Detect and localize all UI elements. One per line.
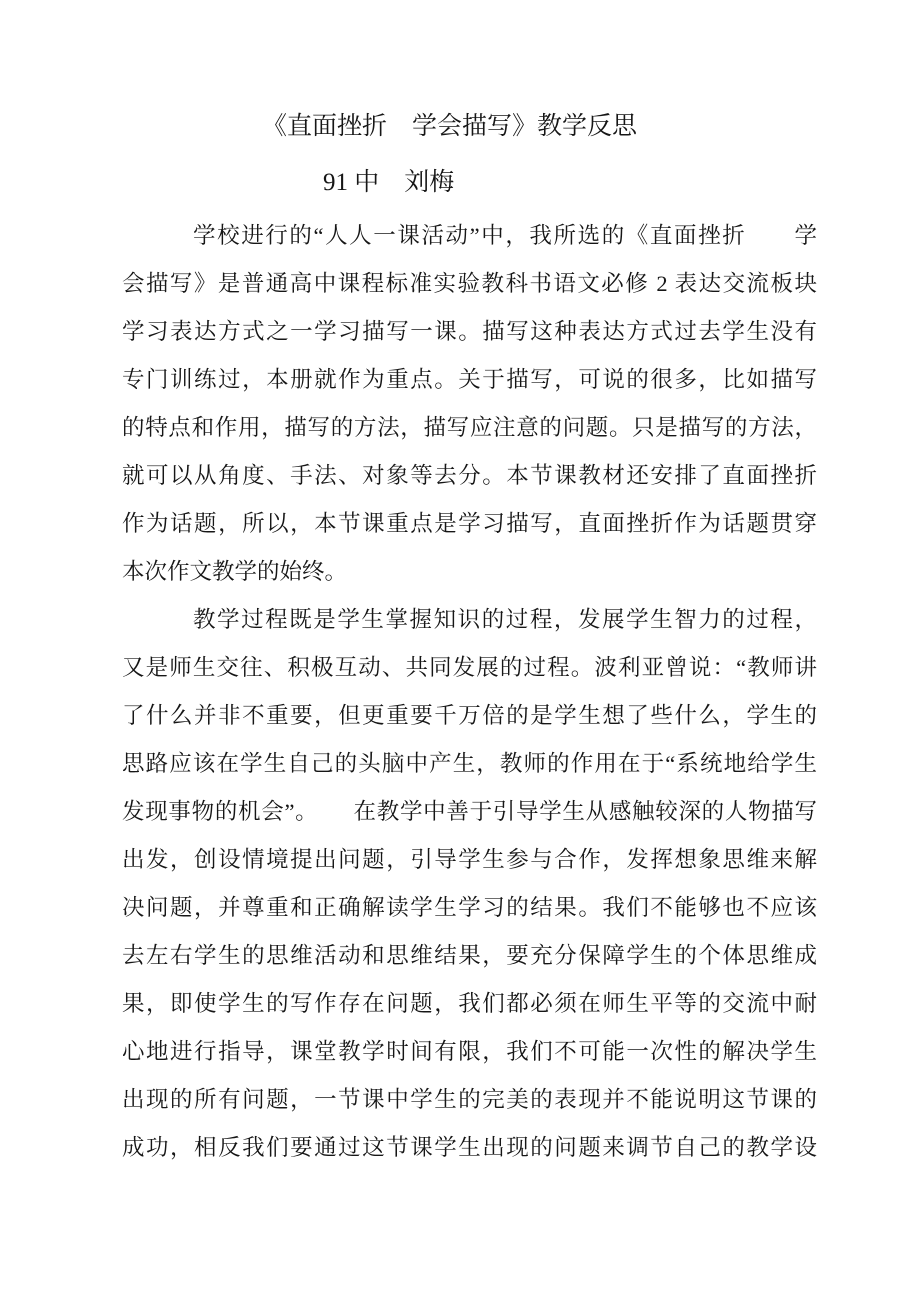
document-byline: 91 中 刘梅 [323, 162, 454, 204]
text-line: 思路应该在学生自己的头脑中产生，教师的作用在于“系统地给学生 [122, 740, 817, 788]
text-line: 出现的所有问题，一节课中学生的完美的表现并不能说明这节课的 [122, 1076, 817, 1124]
text-line: 去左右学生的思维活动和思维结果，要充分保障学生的个体思维成 [122, 932, 817, 980]
text-line: 的特点和作用，描写的方法，描写应注意的问题。只是描写的方法， [122, 404, 817, 452]
text-line: 决问题，并尊重和正确解读学生学习的结果。我们不能够也不应该 [122, 884, 817, 932]
text-line: 教学过程既是学生掌握知识的过程，发展学生智力的过程， [122, 596, 817, 644]
text-line: 心地进行指导，课堂教学时间有限，我们不可能一次性的解决学生 [122, 1028, 817, 1076]
text-line: 发现事物的机会”。 在教学中善于引导学生从感触较深的人物描写 [122, 788, 817, 836]
text-line: 果，即使学生的写作存在问题，我们都必须在师生平等的交流中耐 [122, 980, 817, 1028]
text-line: 了什么并非不重要，但更重要千万倍的是学生想了些什么，学生的 [122, 692, 817, 740]
text-line: 学校进行的“人人一课活动”中，我所选的《直面挫折 学 [122, 212, 817, 260]
text-line: 作为话题，所以，本节课重点是学习描写，直面挫折作为话题贯穿 [122, 500, 817, 548]
text-line: 专门训练过，本册就作为重点。关于描写，可说的很多，比如描写 [122, 356, 817, 404]
text-line: 会描写》是普通高中课程标准实验教科书语文必修 2 表达交流板块 [122, 260, 817, 308]
text-line: 出发，创设情境提出问题，引导学生参与合作，发挥想象思维来解 [122, 836, 817, 884]
text-line: 成功，相反我们要通过这节课学生出现的问题来调节自己的教学设 [122, 1124, 817, 1172]
document-title: 《直面挫折 学会描写》教学反思 [102, 106, 797, 148]
document-page: 《直面挫折 学会描写》教学反思 91 中 刘梅 学校进行的“人人一课活动”中，我… [0, 0, 920, 1302]
text-line: 又是师生交往、积极互动、共同发展的过程。波利亚曾说：“教师讲 [122, 644, 817, 692]
text-line: 本次作文教学的始终。 [122, 548, 817, 596]
document-body: 学校进行的“人人一课活动”中，我所选的《直面挫折 学会描写》是普通高中课程标准实… [122, 212, 817, 1172]
text-line: 就可以从角度、手法、对象等去分。本节课教材还安排了直面挫折 [122, 452, 817, 500]
text-line: 学习表达方式之一学习描写一课。描写这种表达方式过去学生没有 [122, 308, 817, 356]
